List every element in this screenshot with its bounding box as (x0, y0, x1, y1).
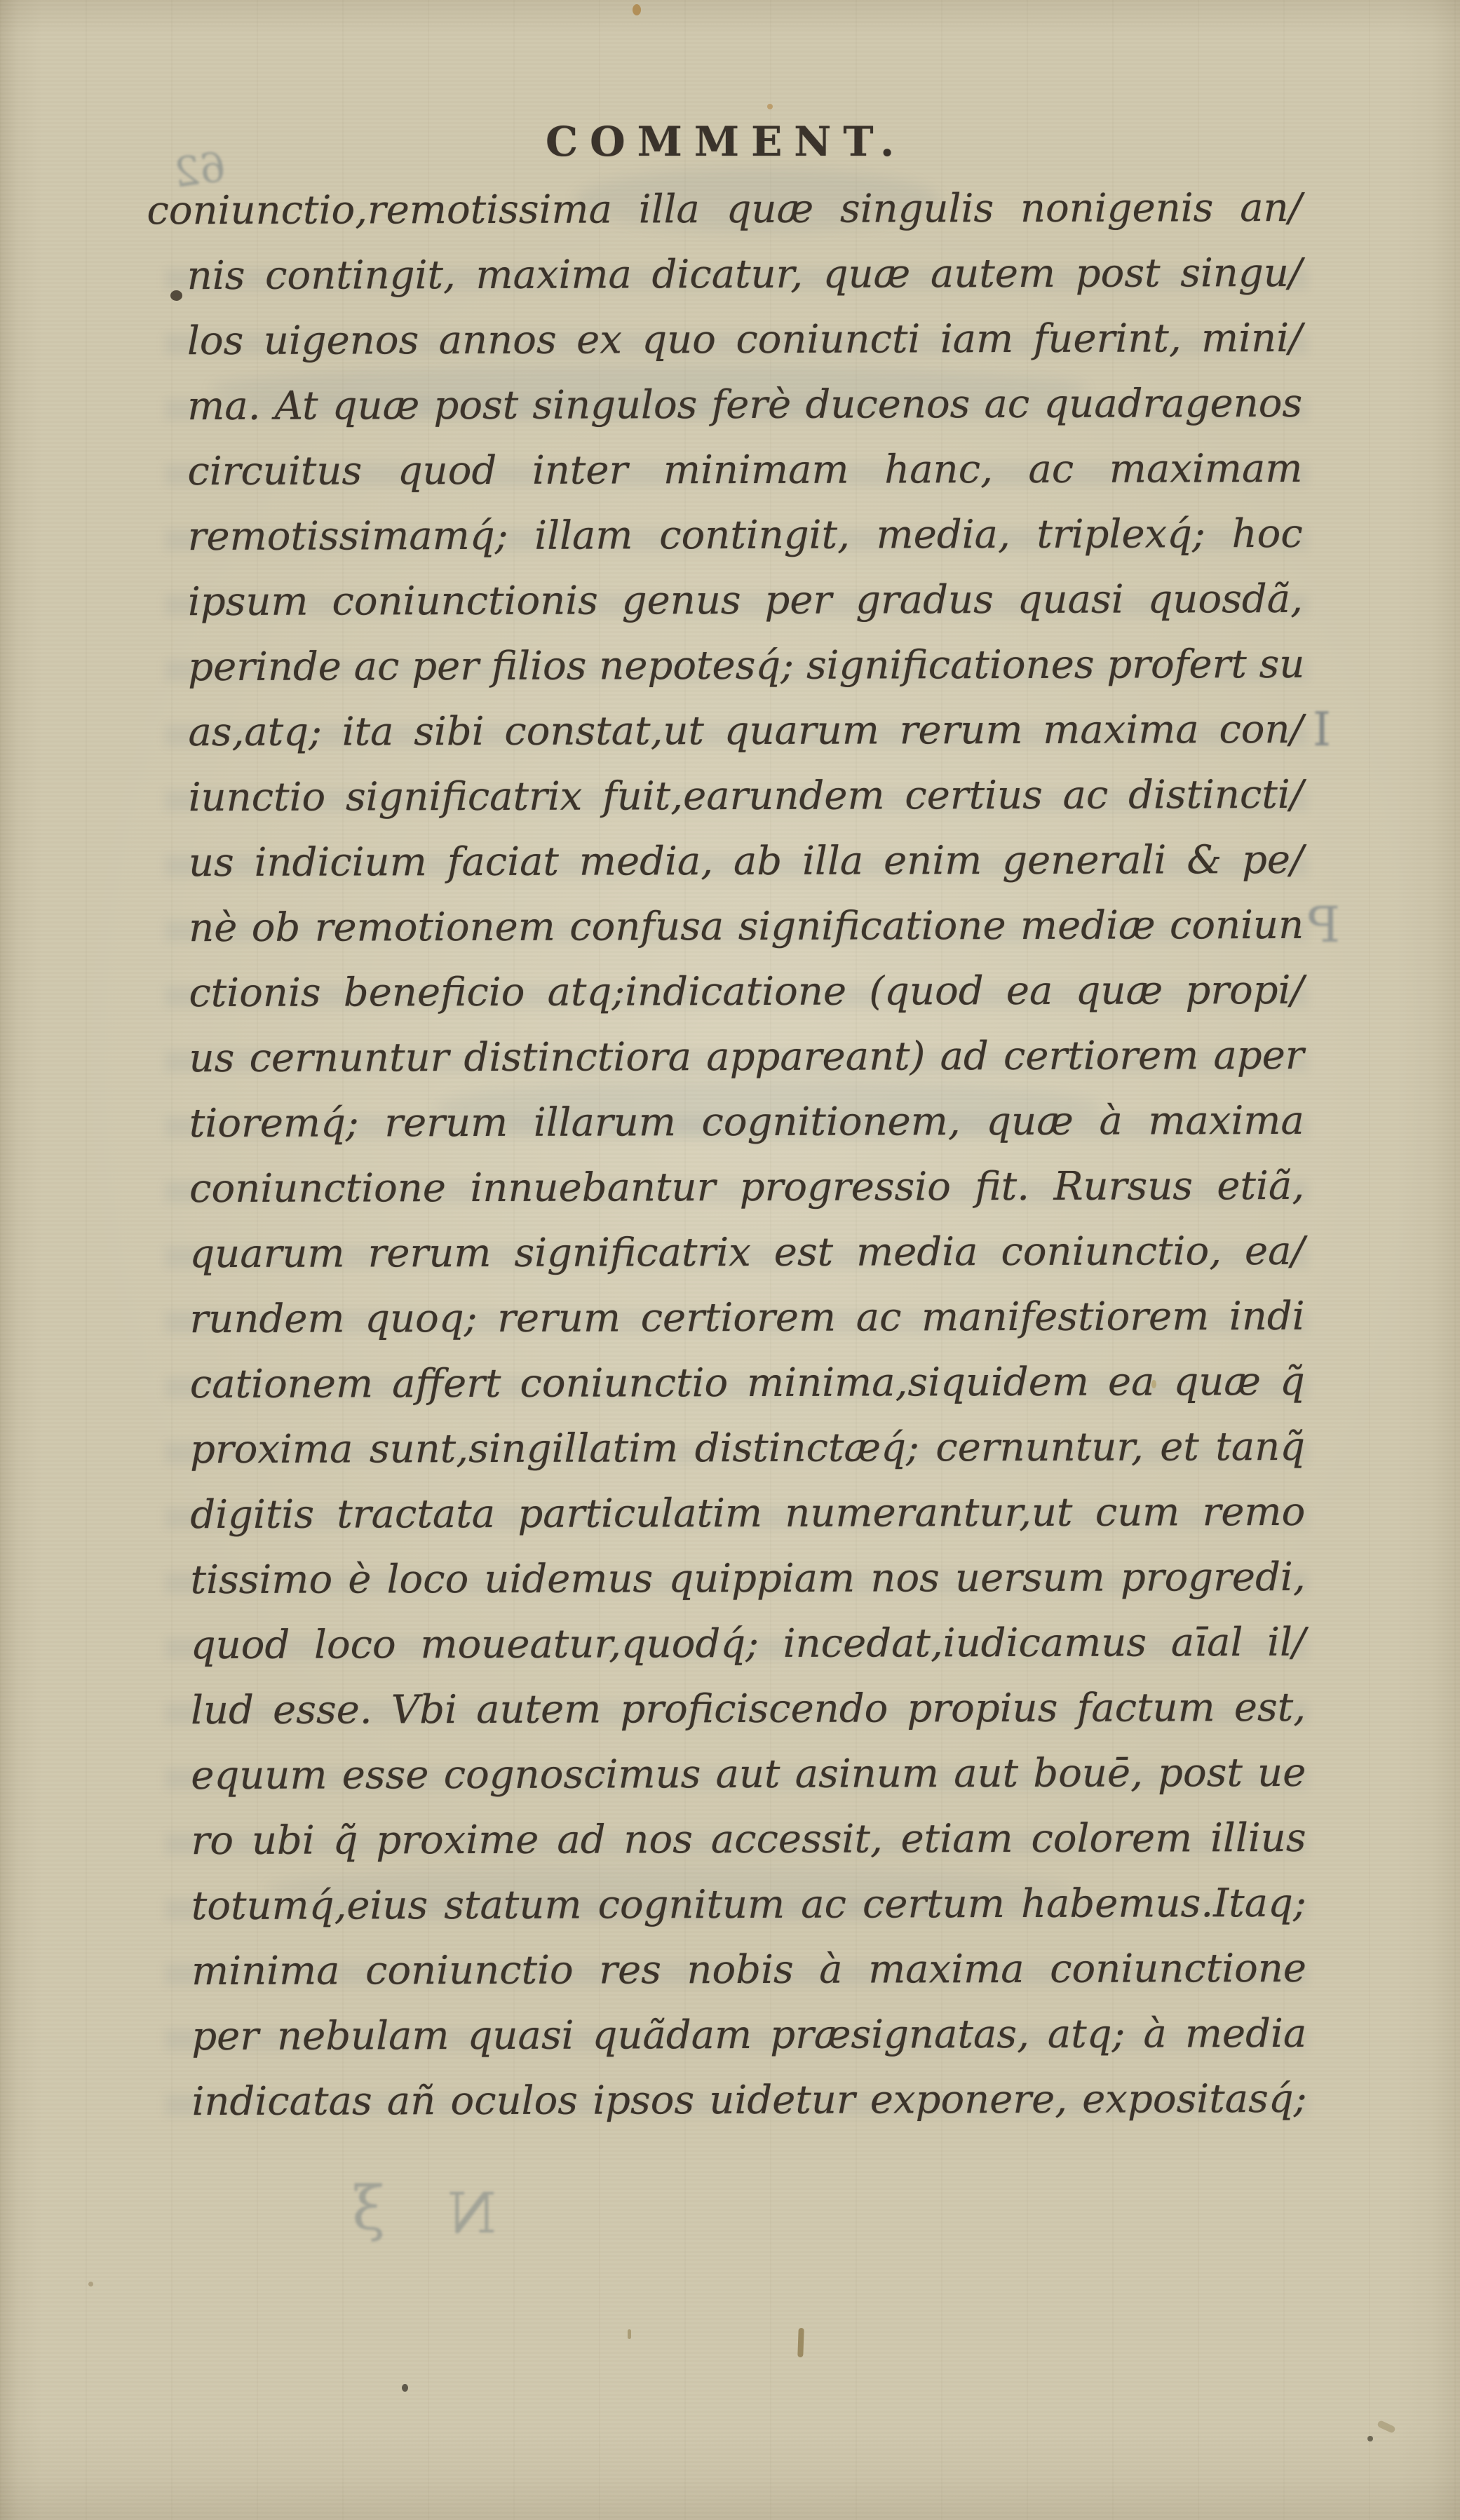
text-line: los uigenos annos ex quo coniuncti iam f… (187, 306, 1302, 374)
text-line: ipsum coniunctionis genus per gradus qua… (188, 567, 1303, 635)
text-line: ro ubi q̃ proxime ad nos accessit, etiam… (191, 1806, 1306, 1874)
text-line: nè ob remotionem confusa significatione … (189, 893, 1304, 961)
text-block: coniunctio,remotissima illa quæ singulis… (187, 175, 1306, 2134)
paper-speck (88, 2282, 93, 2287)
text-line: digitis tractata particulatim numerantur… (190, 1479, 1305, 1547)
paper-speck (402, 2384, 408, 2392)
text-line: us indicium faciat media, ab illa enim g… (189, 827, 1304, 895)
text-line: proxima sunt,singillatim distinctæq́; ce… (190, 1414, 1305, 1482)
text-line: ma. At quæ post singulos ferè ducenos ac… (187, 371, 1302, 439)
text-line: coniunctio,remotissima illa quæ singulis… (147, 175, 1302, 243)
paper-stain (797, 2328, 804, 2357)
text-line: circuitus quod inter minimam hanc, ac ma… (187, 436, 1302, 504)
text-line: tissimo è loco uidemus quippiam nos uers… (190, 1545, 1305, 1613)
text-line: quod loco moueatur,quodq́; incedat,iudic… (191, 1610, 1306, 1678)
text-line: rundem quoq; rerum certiorem ac manifest… (189, 1284, 1304, 1352)
text-line: lud esse. Vbi autem proficiscendo propiu… (191, 1675, 1306, 1743)
text-line: minima coniunctio res nobis à maxima con… (191, 1936, 1306, 2004)
paper-stain (628, 2329, 631, 2339)
text-line: quarum rerum significatrix est media con… (189, 1219, 1304, 1287)
text-line: perinde ac per filios nepotesq́; signifi… (188, 632, 1303, 700)
text-line: totumq́,eius statum cognitum ac certum h… (191, 1871, 1306, 1939)
text-line: equum esse cognoscimus aut asinum aut bo… (191, 1740, 1306, 1808)
paper-speck (1367, 2436, 1373, 2441)
text-line: indicatas añ oculos ipsos uidetur expone… (191, 2066, 1306, 2134)
text-line: coniunctione innuebantur progressio fit.… (189, 1153, 1304, 1221)
text-line: ctionis beneficio atq;indicatione (quod … (189, 958, 1304, 1026)
text-line: us cernuntur distinctiora appareant) ad … (189, 1023, 1304, 1091)
text-line: nis contingit, maxima dicatur, quæ autem… (187, 241, 1302, 309)
paper-speck (767, 104, 773, 109)
text-line: as,atq; ita sibi constat,ut quarum rerum… (188, 697, 1303, 765)
paper-speck (633, 4, 641, 15)
text-line: tioremq́; rerum illarum cognitionem, quæ… (189, 1088, 1304, 1156)
book-page: { "page": { "header": "COMMENT.", "lines… (0, 0, 1460, 2520)
ink-spot (170, 290, 182, 301)
text-line: iunctio significatrix fuit,earundem cert… (189, 762, 1304, 830)
text-line: remotissimamq́; illam contingit, media, … (188, 501, 1303, 569)
text-line: cationem affert coniunctio minima,siquid… (190, 1349, 1305, 1417)
running-header: COMMENT. (546, 118, 906, 165)
paper-speck (1151, 1380, 1156, 1388)
text-line: per nebulam quasi quãdam præsignatas, at… (191, 2001, 1306, 2069)
